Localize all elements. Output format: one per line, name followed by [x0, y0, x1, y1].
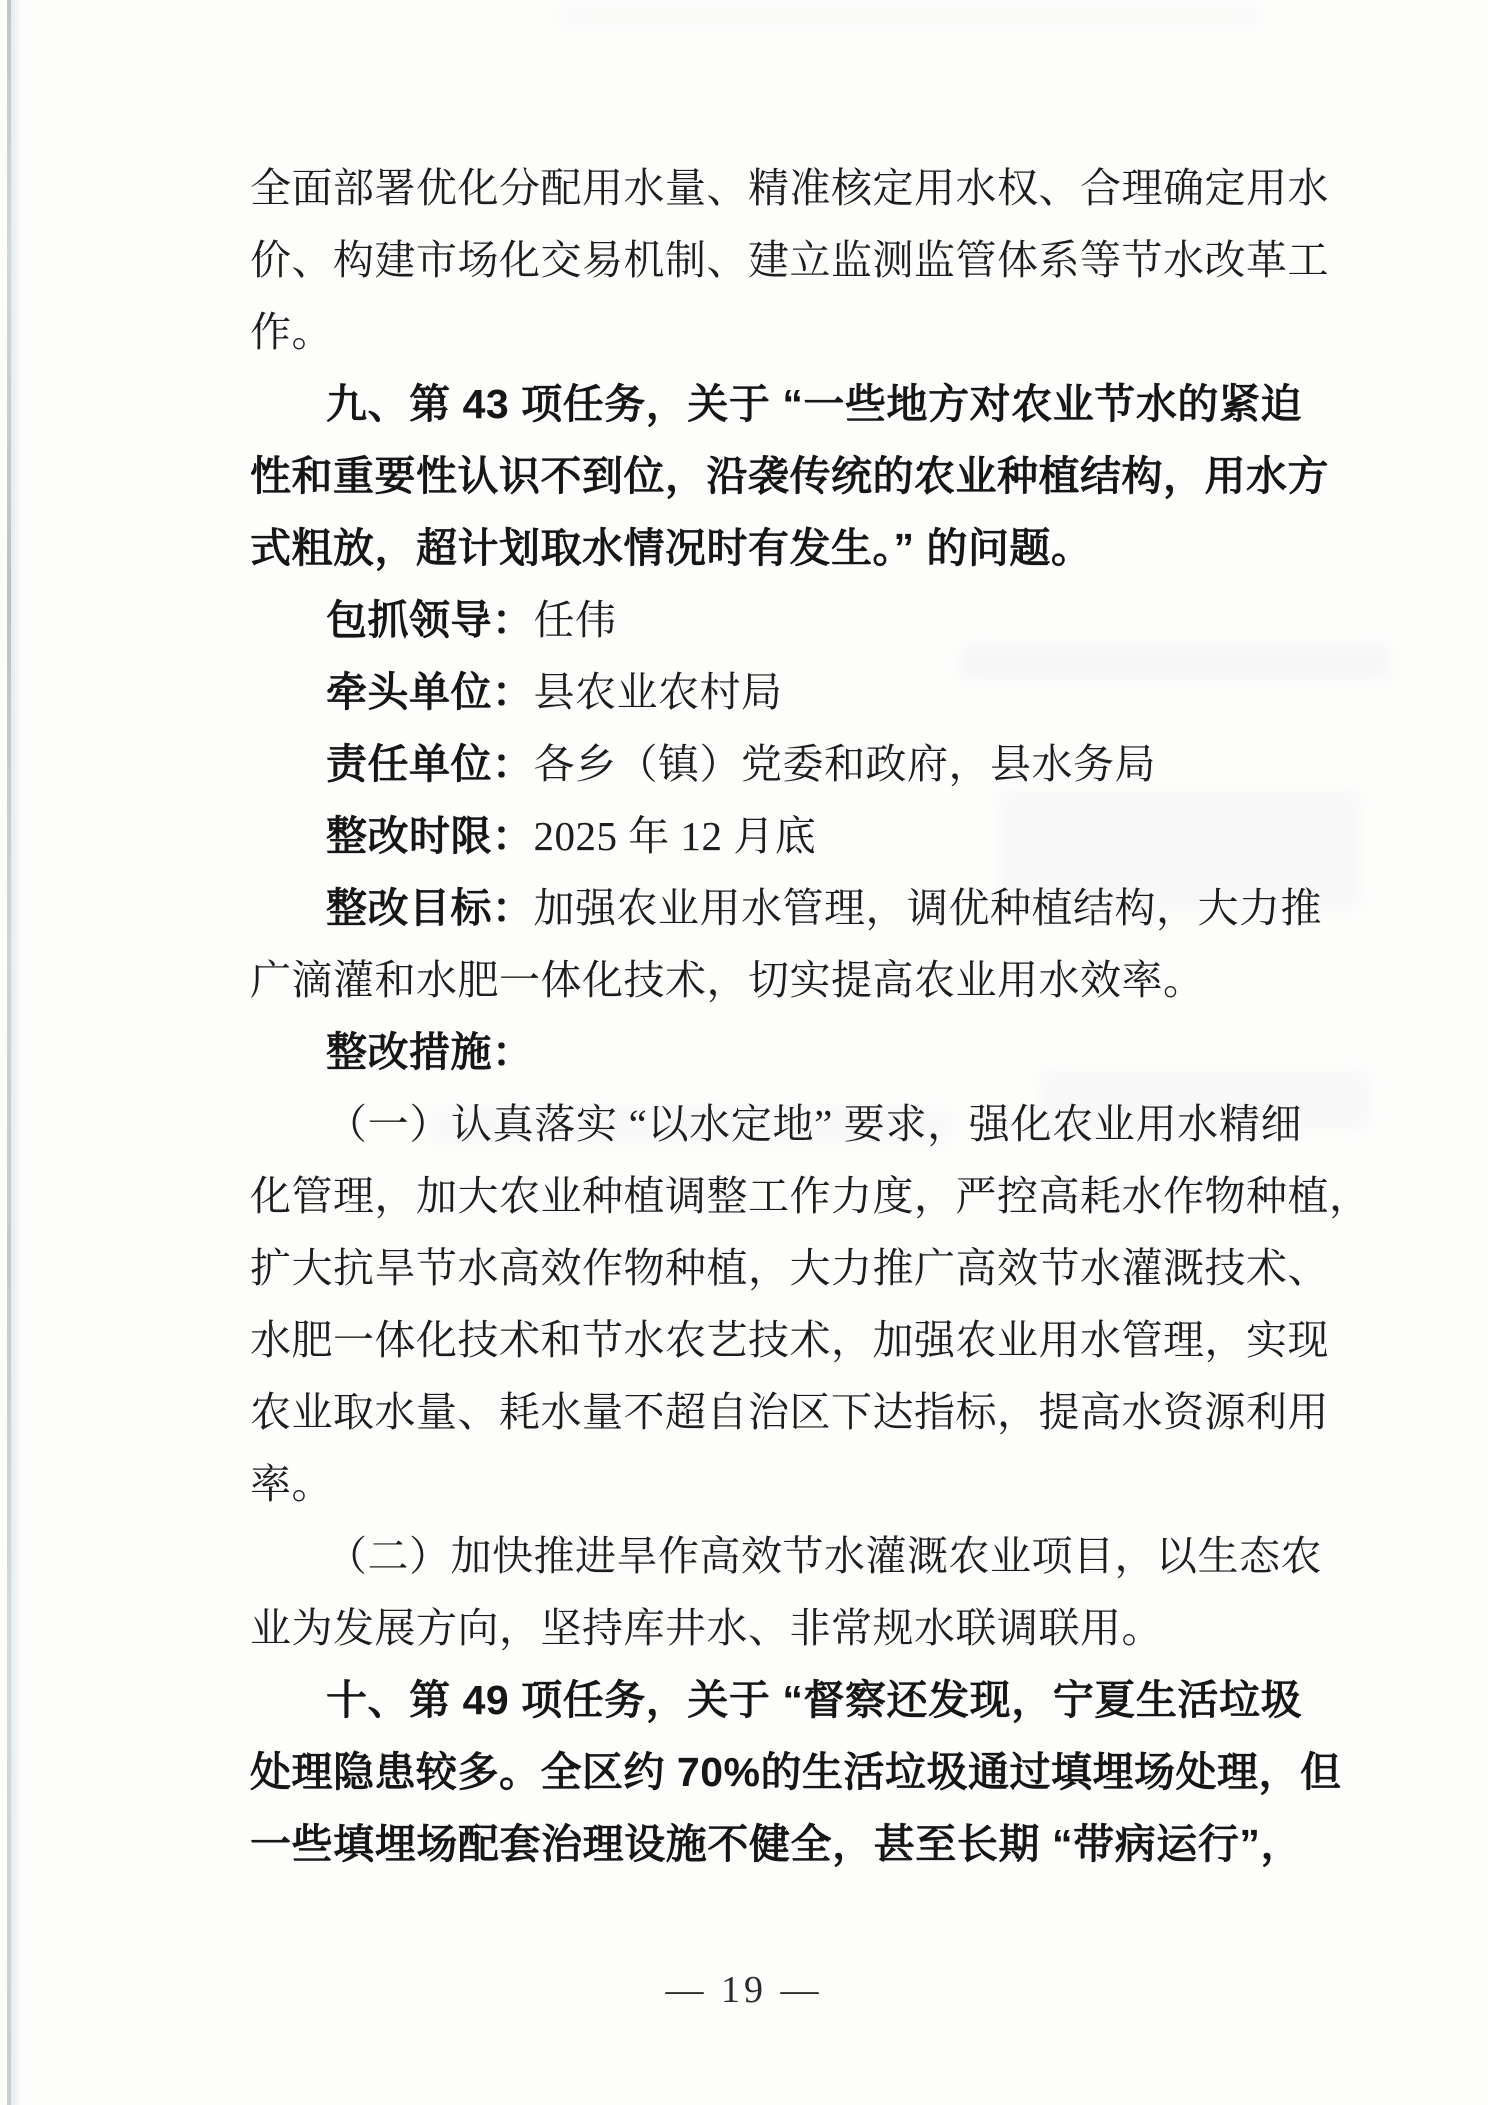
section-heading-line: 一些填埋场配套治理设施不健全，甚至长期 “带病运行”，: [250, 1808, 1302, 1880]
field-label: 整改目标：: [326, 885, 534, 931]
field-label: 牵头单位：: [326, 669, 534, 715]
document-body: 全面部署优化分配用水量、精准核定用水权、合理确定用水 价、构建市场化交易机制、建…: [250, 152, 1302, 1880]
field-label: 责任单位：: [326, 741, 534, 787]
text-line: 广滴灌和水肥一体化技术，切实提高农业用水效率。: [250, 944, 1302, 1016]
text-line: 价、构建市场化交易机制、建立监测监管体系等节水改革工: [250, 224, 1302, 296]
field-line: 整改目标：加强农业用水管理，调优种植结构，大力推: [250, 872, 1302, 944]
text-line: 业为发展方向，坚持库井水、非常规水联调联用。: [250, 1592, 1302, 1664]
page-number: — 19 —: [0, 1968, 1488, 2012]
text-line: 扩大抗旱节水高效作物种植，大力推广高效节水灌溉技术、: [250, 1232, 1302, 1304]
field-line: 牵头单位：县农业农村局: [250, 656, 1302, 728]
text-line: 率。: [250, 1448, 1302, 1520]
field-value: 2025 年 12 月底: [534, 813, 817, 859]
text-line: 化管理，加大农业种植调整工作力度，严控高耗水作物种植，: [250, 1160, 1302, 1232]
field-value: 加强农业用水管理，调优种植结构，大力推: [534, 885, 1323, 931]
field-label: 包抓领导：: [326, 597, 534, 643]
field-line: 整改时限：2025 年 12 月底: [250, 800, 1302, 872]
text-line: 农业取水量、耗水量不超自治区下达指标，提高水资源利用: [250, 1376, 1302, 1448]
field-line: 责任单位：各乡（镇）党委和政府，县水务局: [250, 728, 1302, 800]
scan-noise-streak: [560, 10, 1260, 22]
field-value: 任伟: [534, 597, 617, 643]
section-heading-line: 性和重要性认识不到位，沿袭传统的农业种植结构，用水方: [250, 440, 1302, 512]
field-label-line: 整改措施：: [250, 1016, 1302, 1088]
text-line: （一）认真落实 “以水定地” 要求，强化农业用水精细: [250, 1088, 1302, 1160]
text-line: （二）加快推进旱作高效节水灌溉农业项目，以生态农: [250, 1520, 1302, 1592]
section-heading-line: 九、第 43 项任务，关于 “一些地方对农业节水的紧迫: [250, 368, 1302, 440]
text-line: 作。: [250, 296, 1302, 368]
field-value: 各乡（镇）党委和政府，县水务局: [534, 741, 1157, 787]
section-heading-line: 十、第 49 项任务，关于 “督察还发现，宁夏生活垃圾: [250, 1664, 1302, 1736]
section-heading-line: 处理隐患较多。全区约 70%的生活垃圾通过填埋场处理，但: [250, 1736, 1302, 1808]
scanner-edge-shadow: [11, 0, 21, 2105]
text-line: 水肥一体化技术和节水农艺技术，加强农业用水管理，实现: [250, 1304, 1302, 1376]
field-value: 县农业农村局: [534, 669, 783, 715]
section-heading-line: 式粗放，超计划取水情况时有发生。” 的问题。: [250, 512, 1302, 584]
field-label: 整改时限：: [326, 813, 534, 859]
field-line: 包抓领导：任伟: [250, 584, 1302, 656]
text-line: 全面部署优化分配用水量、精准核定用水权、合理确定用水: [250, 152, 1302, 224]
scanned-document-page: 全面部署优化分配用水量、精准核定用水权、合理确定用水 价、构建市场化交易机制、建…: [0, 0, 1488, 2105]
